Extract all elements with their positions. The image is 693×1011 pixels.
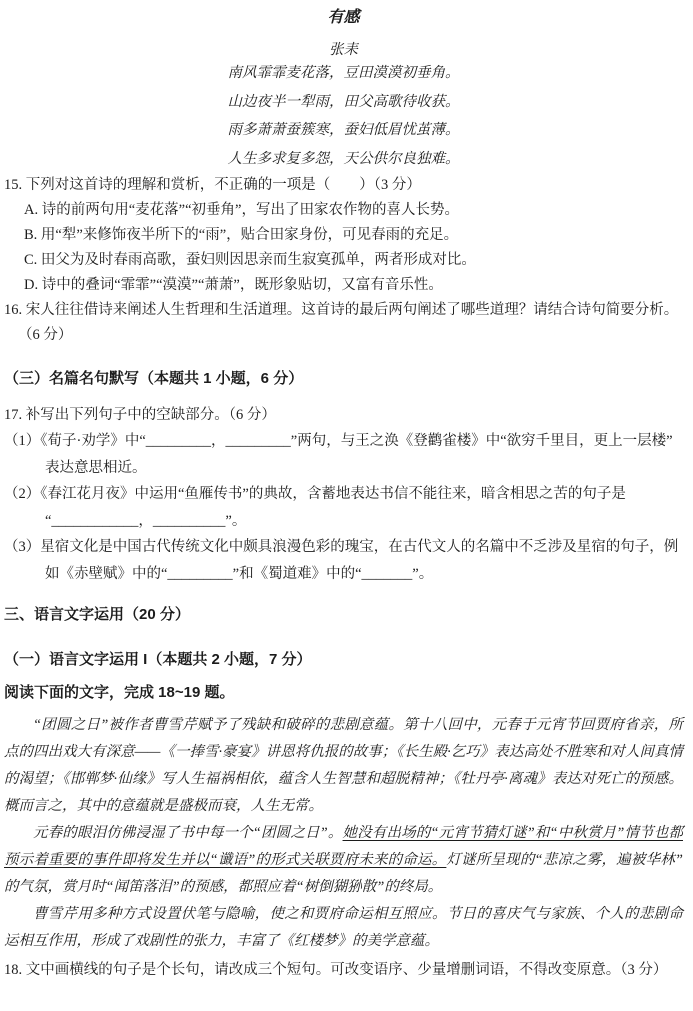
poem-title: 有感 — [4, 8, 683, 28]
question-15-option-c: C. 田父为及时春雨高歌，蚕妇则因思亲而生寂寞孤单，两者形成对比。 — [4, 248, 683, 273]
passage-paragraph-3: 曹雪芹用多种方式设置伏笔与隐喻，使之和贾府命运相互照应。节日的喜庆气与家族、个人… — [4, 901, 683, 955]
poem-line-1: 南风霏霏麦花落，豆田漠漠初垂角。 — [4, 59, 683, 88]
passage-p2-lead: 元春的眼泪仿佛浸湿了书中每一个“团圆之日”。 — [33, 825, 343, 841]
question-17-item-2: （2）《春江花月夜》中运用“鱼雁传书”的典故，含蓄地表达书信不能往来，暗含相思之… — [4, 481, 683, 534]
poem-line-2: 山边夜半一犁雨，田父高歌待收获。 — [4, 88, 683, 117]
question-17-item-3: （3）星宿文化是中国古代传统文化中颇具浪漫色彩的瑰宝，在古代文人的名篇中不乏涉及… — [4, 534, 683, 587]
question-15-stem: 15. 下列对这首诗的理解和赏析，不正确的一项是（ ）（3 分） — [4, 173, 683, 198]
passage-paragraph-1: “团圆之日”被作者曹雪芹赋予了残缺和破碎的悲剧意蕴。第十八回中，元春于元宵节回贾… — [4, 712, 683, 820]
question-15-option-b: B. 用“犁”来修饰夜半所下的“雨”，贴合田家身份，可见春雨的充足。 — [4, 223, 683, 248]
question-17-stem: 17. 补写出下列句子中的空缺部分。（6 分） — [4, 403, 683, 428]
exam-page: 有感 张耒 南风霏霏麦花落，豆田漠漠初垂角。 山边夜半一犁雨，田父高歌待收获。 … — [0, 0, 693, 1011]
section-header-yuyan-wenzi-yunyong: 三、语言文字运用（20 分） — [4, 602, 683, 627]
section-header-yuyan-wenzi-yunyong-1: （一）语言文字运用 I（本题共 2 小题，7 分） — [4, 647, 683, 672]
question-15-option-d: D. 诗中的叠词“霏霏”“漠漠”“萧萧”，既形象贴切，又富有音乐性。 — [4, 273, 683, 298]
question-15-option-a: A. 诗的前两句用“麦花落”“初垂角”，写出了田家农作物的喜人长势。 — [4, 198, 683, 223]
question-15: 15. 下列对这首诗的理解和赏析，不正确的一项是（ ）（3 分） A. 诗的前两… — [4, 173, 683, 298]
question-18: 18. 文中画横线的句子是个长句，请改成三个短句。可改变语序、少量增删词语，不得… — [4, 958, 683, 983]
section-header-mingpian-moxie: （三）名篇名句默写（本题共 1 小题，6 分） — [4, 366, 683, 391]
poem-author: 张耒 — [4, 41, 683, 59]
reading-passage: “团圆之日”被作者曹雪芹赋予了残缺和破碎的悲剧意蕴。第十八回中，元春于元宵节回贾… — [4, 712, 683, 955]
passage-paragraph-2: 元春的眼泪仿佛浸湿了书中每一个“团圆之日”。她没有出场的“元宵节猜灯谜”和“中秋… — [4, 820, 683, 901]
poem-block: 有感 张耒 南风霏霏麦花落，豆田漠漠初垂角。 山边夜半一犁雨，田父高歌待收获。 … — [4, 8, 683, 173]
poem-line-3: 雨多萧萧蚕簇寒，蚕妇低眉忧茧薄。 — [4, 116, 683, 145]
reading-instruction: 阅读下面的文字，完成 18~19 题。 — [4, 680, 683, 705]
question-17: 17. 补写出下列句子中的空缺部分。（6 分） （1）《荀子·劝学》中“____… — [4, 403, 683, 587]
question-16: 16. 宋人往往借诗来阐述人生哲理和生活道理。这首诗的最后两句阐述了哪些道理？请… — [4, 298, 683, 348]
question-17-item-1: （1）《荀子·劝学》中“_________，_________”两句，与王之涣《… — [4, 428, 683, 481]
poem-line-4: 人生多求复多怨，天公供尔良独难。 — [4, 145, 683, 174]
